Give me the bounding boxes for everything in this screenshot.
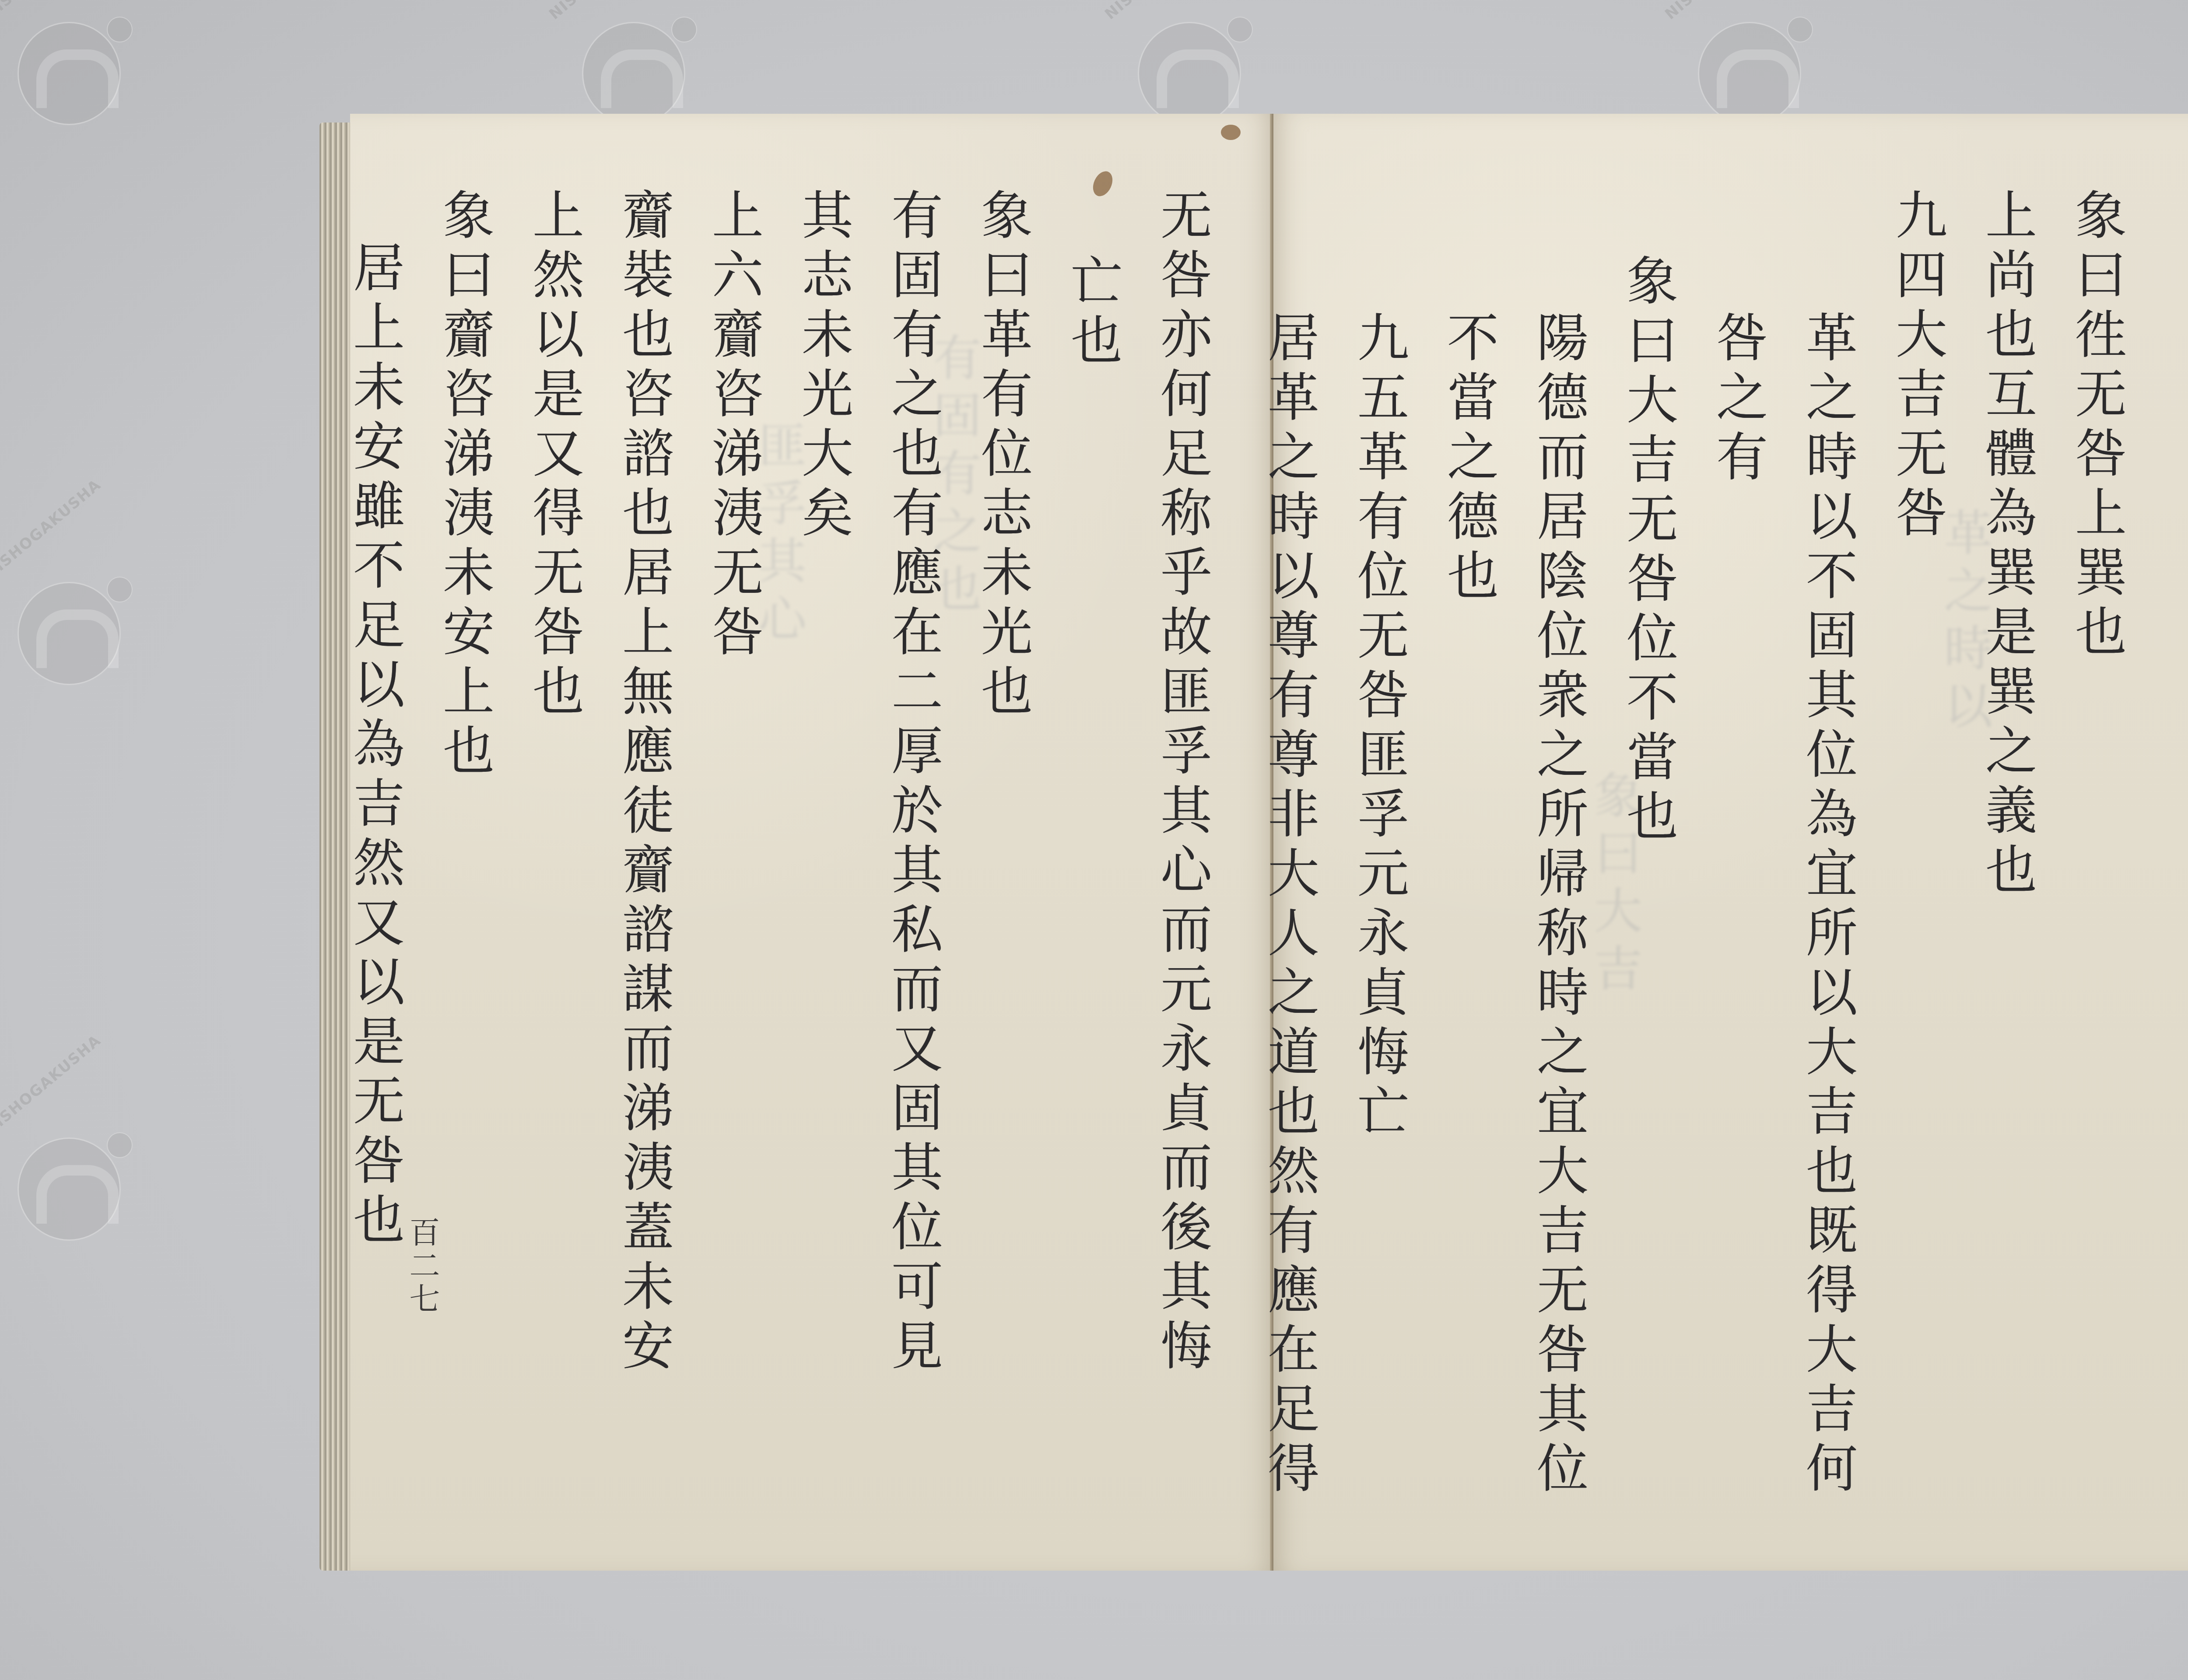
- ink-stain: [1221, 125, 1241, 140]
- text-column: 有固有之也有應在二厚於其私而又固其位可見: [849, 188, 939, 1544]
- watermark-logo: NISHOGAKUSHA: [18, 582, 121, 685]
- text-column: 象曰徃无咎上巽也: [2033, 188, 2122, 1544]
- text-column: 九五革有位无咎匪孚元永貞悔亡: [1315, 188, 1405, 1544]
- text-column: 居革之時以尊有尊非大人之道也然有應在足得: [1225, 188, 1315, 1544]
- text-column: 革之時以不固其位為宜所以大吉也既得大吉何: [1764, 188, 1853, 1544]
- text-column: 齎裝也咨諮也居上無應徒齎諮謀而涕洟蓋未安: [580, 188, 670, 1544]
- text-column: 上然以是又得无咎也: [490, 188, 580, 1544]
- text-column: 上六齎咨涕洟无咎: [670, 188, 759, 1544]
- text-column: 象曰齎咨涕洟未安上也: [400, 188, 490, 1544]
- watermark-logo: NISHOGAKUSHA: [18, 22, 121, 125]
- text-column: 不當之德也: [1405, 188, 1494, 1544]
- text-column: 象曰大吉无咎位不當也: [1584, 188, 1674, 1544]
- text-column: 象曰革有位志未光也: [939, 188, 1028, 1544]
- text-column: 居上未安雖不足以為吉然又以是无咎也: [311, 188, 400, 1544]
- right-page-text: 象曰徃无咎上巽也 上尚也互體為巽是巽之義也 九四大吉无咎 革之時以不固其位為宜所…: [1225, 188, 2122, 1544]
- text-column: 上尚也互體為巽是巽之義也: [1943, 188, 2033, 1544]
- text-column: 其志未光大矣: [759, 188, 849, 1544]
- text-column: 陽德而居陰位衆之所帰称時之宜大吉无咎其位: [1494, 188, 1584, 1544]
- text-column: 九四大吉无咎: [1853, 188, 1943, 1544]
- open-book: 有固有之也 匪孚其心 无咎亦何足称乎故匪孚其心而元永貞而後其悔 亡也 象曰革有位…: [319, 105, 2188, 1584]
- left-page: 有固有之也 匪孚其心 无咎亦何足称乎故匪孚其心而元永貞而後其悔 亡也 象曰革有位…: [350, 114, 1273, 1571]
- right-page: 革之時以 象曰大吉 象曰徃无咎上巽也 上尚也互體為巽是巽之義也 九四大吉无咎 革…: [1273, 114, 2188, 1571]
- text-column: 亡也: [1028, 188, 1118, 1544]
- text-column: 无咎亦何足称乎故匪孚其心而元永貞而後其悔: [1118, 188, 1208, 1544]
- left-page-text: 无咎亦何足称乎故匪孚其心而元永貞而後其悔 亡也 象曰革有位志未光也 有固有之也有…: [311, 188, 1208, 1544]
- folio-number: 百二七: [400, 1216, 445, 1316]
- watermark-logo: NISHOGAKUSHA: [18, 1137, 121, 1241]
- text-column: 咎之有: [1674, 188, 1764, 1544]
